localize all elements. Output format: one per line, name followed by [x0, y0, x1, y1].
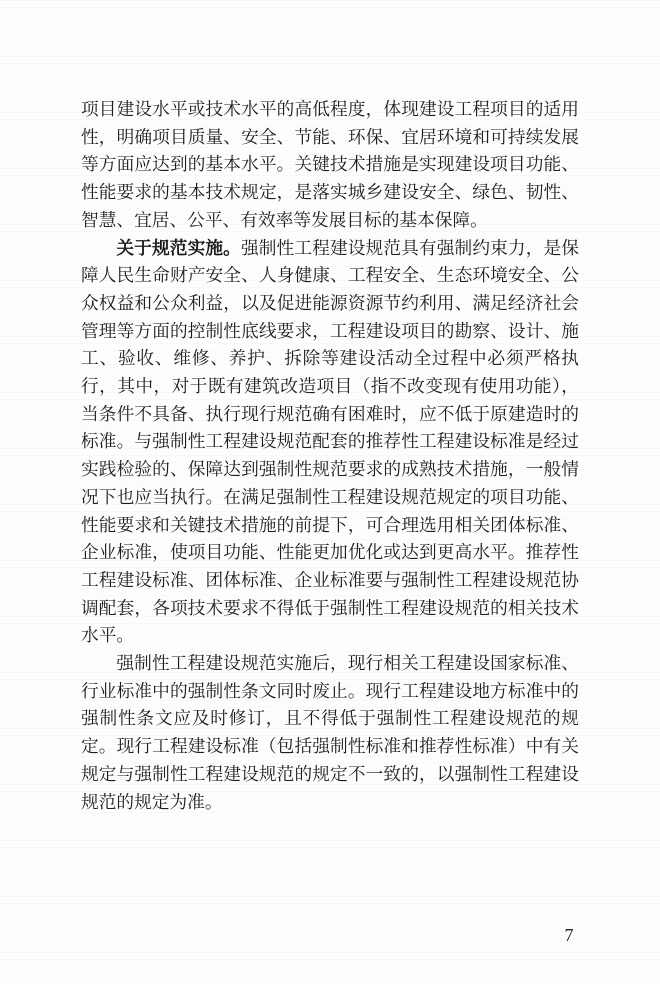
paragraph-body: 项目建设水平或技术水平的高低程度，体现建设工程项目的适用性，明确项目质量、安全、… [81, 99, 579, 230]
paragraph-continuation: 项目建设水平或技术水平的高低程度，体现建设工程项目的适用性，明确项目质量、安全、… [81, 96, 579, 235]
page-number: 7 [558, 922, 580, 948]
paragraph-body: 强制性工程建设规范实施后，现行相关工程建设国家标准、行业标准中的强制性条文同时废… [81, 653, 579, 812]
document-page: 项目建设水平或技术水平的高低程度，体现建设工程项目的适用性，明确项目质量、安全、… [0, 0, 660, 984]
body-text-block: 项目建设水平或技术水平的高低程度，体现建设工程项目的适用性，明确项目质量、安全、… [81, 96, 579, 816]
paragraph-about-implementation: 关于规范实施。强制性工程建设规范具有强制约束力，是保障人民生命财产安全、人身健康… [81, 235, 579, 651]
paragraph-after-implementation: 强制性工程建设规范实施后，现行相关工程建设国家标准、行业标准中的强制性条文同时废… [81, 650, 579, 816]
paragraph-body: 强制性工程建设规范具有强制约束力，是保障人民生命财产安全、人身健康、工程安全、生… [81, 238, 579, 646]
paragraph-lead-bold: 关于规范实施。 [116, 238, 241, 258]
